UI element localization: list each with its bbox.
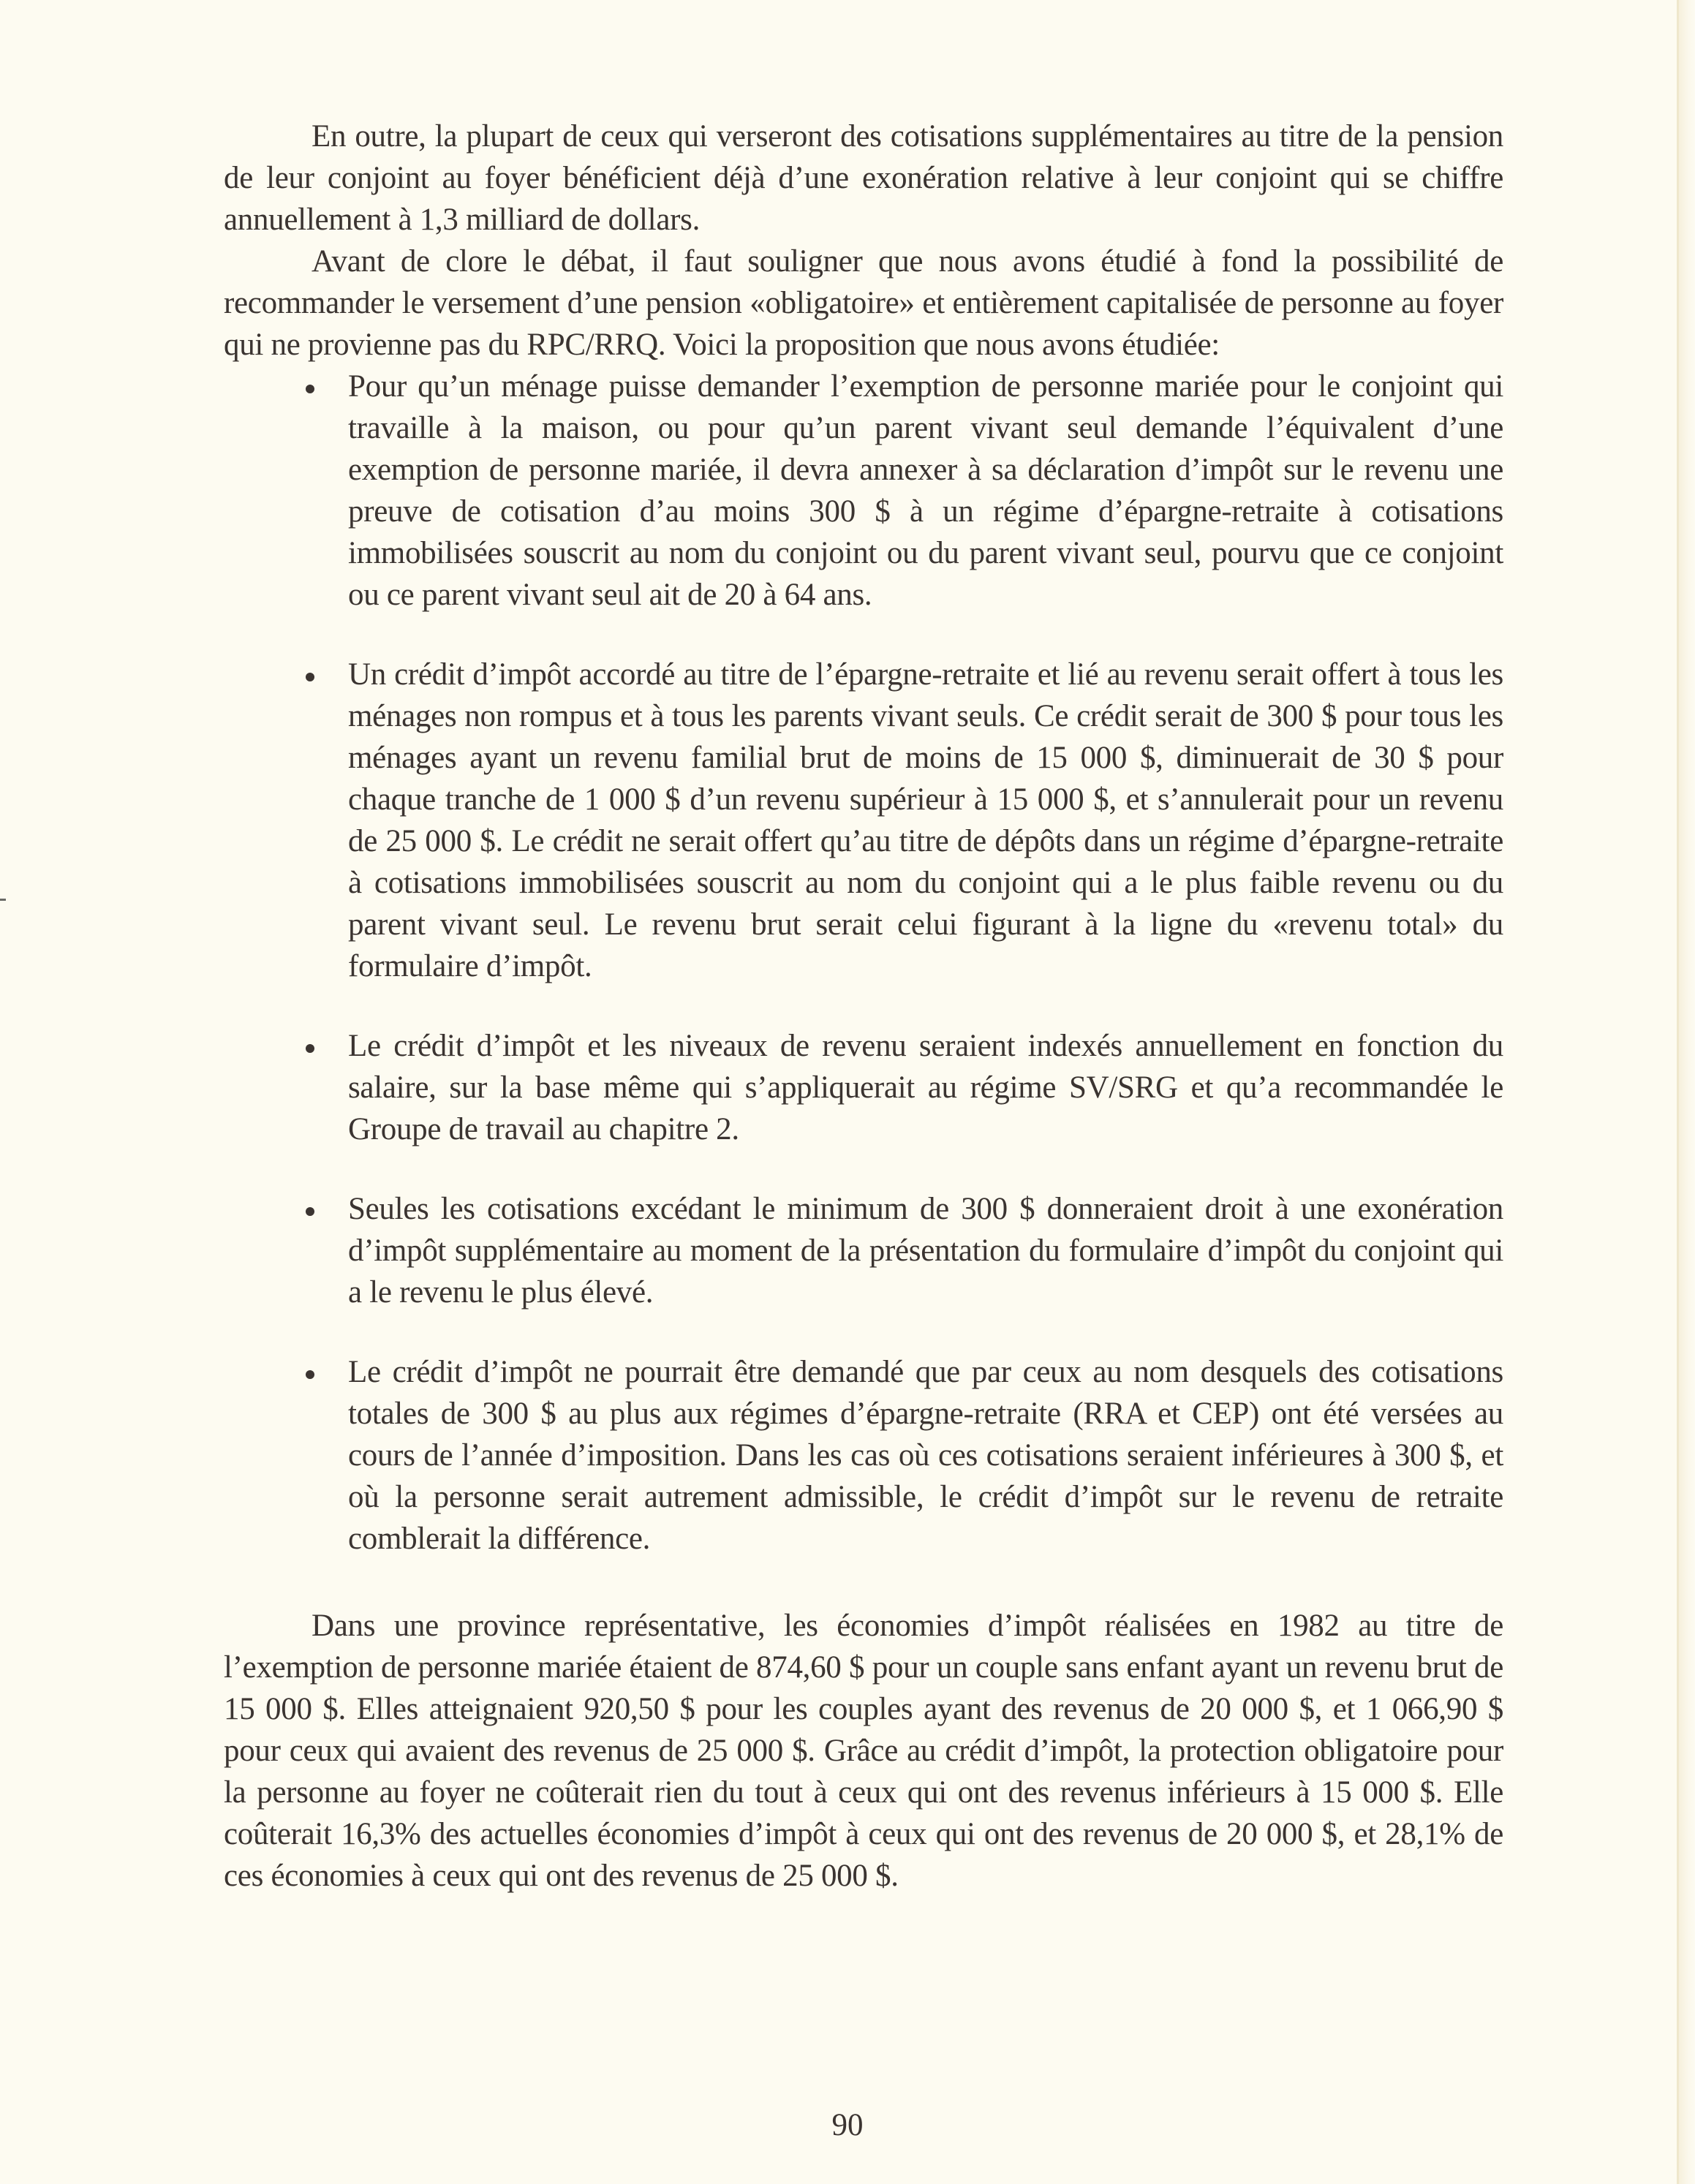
bullet-icon bbox=[306, 1207, 314, 1216]
bullet-item-tax-credit: Un crédit d’impôt accordé au titre de l’… bbox=[224, 654, 1503, 987]
proposal-bullet-list: Pour qu’un ménage puisse demander l’exem… bbox=[224, 366, 1503, 1560]
page-number: 90 bbox=[0, 2104, 1695, 2146]
bullet-item-credit-eligibility: Le crédit d’impôt ne pourrait être deman… bbox=[224, 1351, 1503, 1560]
bullet-item-indexation: Le crédit d’impôt et les niveaux de reve… bbox=[224, 1025, 1503, 1150]
bullet-text: Le crédit d’impôt ne pourrait être deman… bbox=[348, 1355, 1503, 1556]
bullet-item-excess-contributions: Seules les cotisations excédant le minim… bbox=[224, 1188, 1503, 1313]
bullet-item-exemption-condition: Pour qu’un ménage puisse demander l’exem… bbox=[224, 366, 1503, 616]
bullet-text: Pour qu’un ménage puisse demander l’exem… bbox=[348, 369, 1503, 612]
paragraph-spouse-exemption: En outre, la plupart de ceux qui versero… bbox=[224, 116, 1503, 241]
bullet-icon bbox=[306, 1370, 314, 1379]
bullet-text: Seules les cotisations excédant le minim… bbox=[348, 1192, 1503, 1310]
bullet-icon bbox=[306, 673, 314, 681]
bullet-icon bbox=[306, 385, 314, 393]
bullet-icon bbox=[306, 1044, 314, 1053]
margin-mark bbox=[0, 899, 6, 901]
paragraph-tax-savings-example: Dans une province représentative, les éc… bbox=[224, 1605, 1503, 1897]
page-body: En outre, la plupart de ceux qui versero… bbox=[224, 116, 1503, 1897]
page-edge-shadow bbox=[1679, 0, 1695, 2184]
bullet-text: Le crédit d’impôt et les niveaux de reve… bbox=[348, 1029, 1503, 1146]
bullet-text: Un crédit d’impôt accordé au titre de l’… bbox=[348, 657, 1503, 983]
paragraph-proposal-intro: Avant de clore le débat, il faut soulign… bbox=[224, 241, 1503, 366]
